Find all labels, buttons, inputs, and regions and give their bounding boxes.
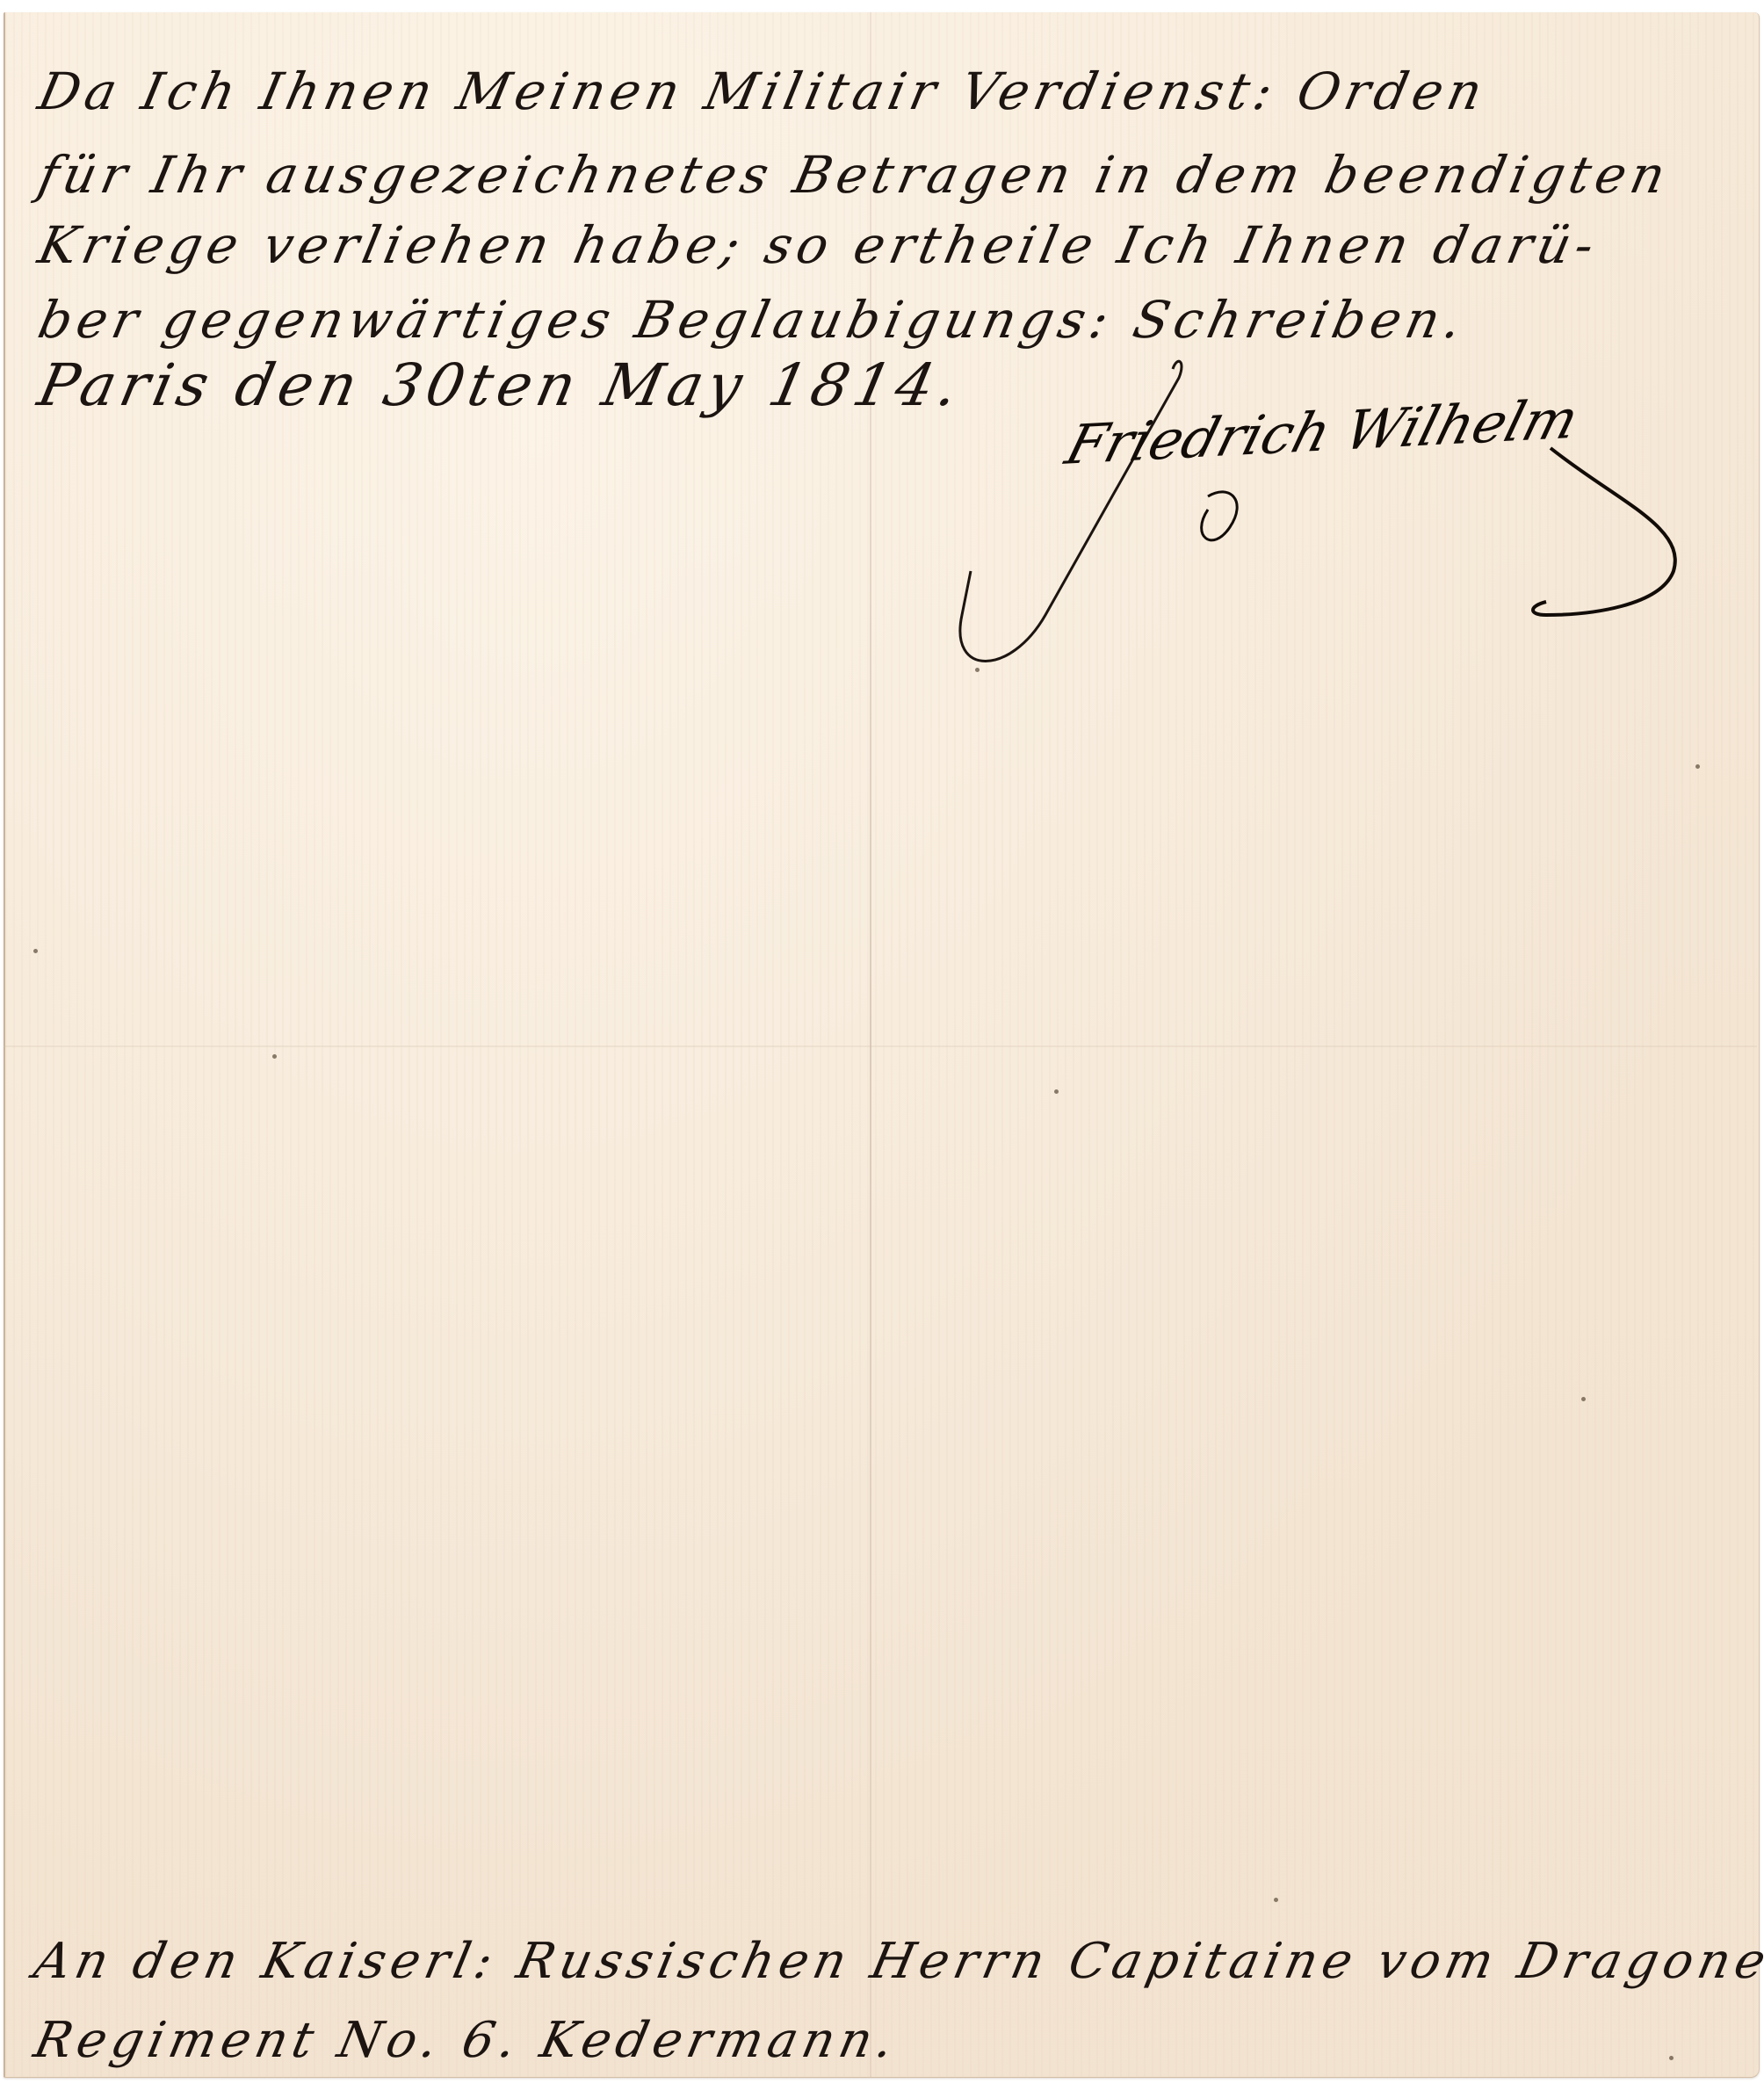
address-line: An den Kaiserl: Russischen Herrn Capitai… — [29, 1933, 1764, 1990]
paper-speck — [1669, 2056, 1674, 2060]
body-line: Da Ich Ihnen Meinen Militair Verdienst: … — [33, 61, 1493, 121]
paper-speck — [1054, 1089, 1059, 1094]
address-line: Regiment No. 6. Kedermann. — [29, 2012, 904, 2069]
body-line: für Ihr ausgezeichnetes Betragen in dem … — [33, 145, 1676, 205]
paper-speck — [1695, 764, 1700, 769]
body-line: Kriege verliehen habe; so ertheile Ich I… — [33, 215, 1605, 275]
paper-speck — [1581, 1397, 1586, 1401]
paper-speck — [33, 949, 38, 953]
paper-speck — [975, 668, 980, 672]
paper-speck — [1274, 1898, 1278, 1902]
horizontal-fold-crease — [4, 1045, 1757, 1047]
body-line: ber gegenwärtiges Beglaubigungs: Schreib… — [33, 290, 1472, 350]
paper-speck — [272, 1054, 277, 1059]
